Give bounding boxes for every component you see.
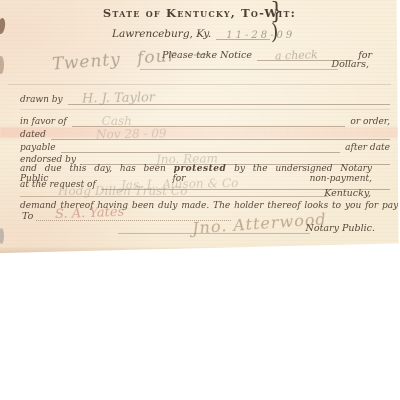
kentucky-rule	[20, 196, 328, 197]
to-label: To	[22, 211, 33, 222]
drawn-by-row: drawn by H. J. Taylor	[20, 91, 390, 105]
kentucky-label: Kentucky,	[324, 188, 371, 199]
dateline-row: Lawrenceburg, Ky. 11-28-09	[112, 26, 270, 40]
dated-row: dated Nov 28 - 09	[20, 126, 390, 140]
handwritten-addressee: S. A. Yates	[55, 205, 125, 222]
handwritten-drawer: H. J. Taylor	[82, 90, 155, 106]
handwritten-instrument: a check	[275, 48, 318, 62]
place-label: Lawrenceburg, Ky.	[112, 28, 211, 40]
notary-public-label: Notary Public.	[306, 223, 375, 234]
in-favor-underline: Cash	[72, 113, 346, 127]
drawn-by-underline: H. J. Taylor	[68, 91, 390, 105]
protested-word: protested	[174, 164, 227, 174]
protest-pre: and due this day, has been	[20, 164, 166, 174]
date-underline: 11-28-09	[216, 26, 270, 40]
blank-rule	[8, 84, 391, 85]
document-title: State of Kentucky, To-Wit:	[0, 6, 399, 20]
amount-rule	[140, 69, 338, 70]
endorsed-row: endorsed by Jno. Ream	[20, 151, 390, 165]
in-favor-row: in favor of Cash or order,	[20, 113, 390, 127]
handwritten-date: 11-28-09	[226, 30, 295, 41]
blank-rule	[20, 109, 390, 110]
dated-underline: Nov 28 - 09	[51, 126, 390, 140]
document-paper: State of Kentucky, To-Wit: } ) Lawrenceb…	[0, 0, 399, 253]
endorsed-underline: Jno. Ream	[81, 151, 390, 165]
drawn-by-label: drawn by	[20, 95, 63, 105]
paper-bottom-edge	[0, 246, 399, 253]
